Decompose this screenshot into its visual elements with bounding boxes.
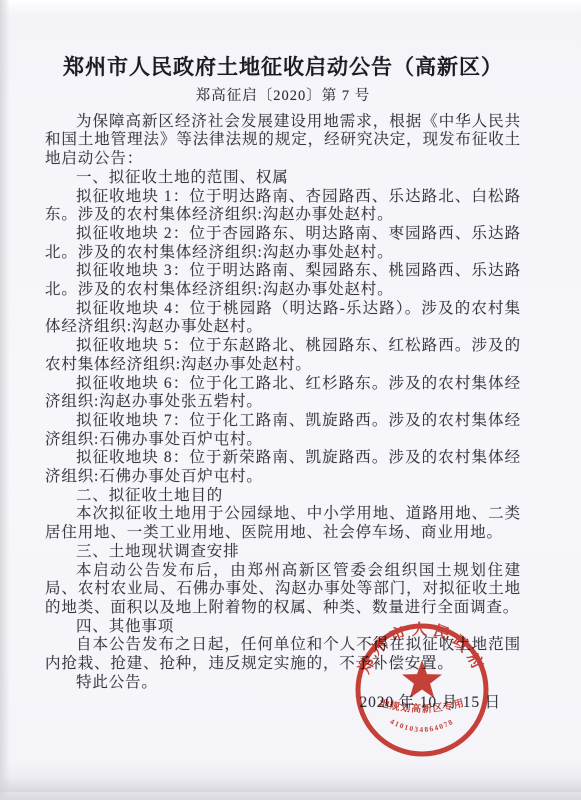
para-intro: 为保障高新区经济社会发展建设用地需求，根据《中华人民共和国土地管理法》等法律法规… [45, 113, 521, 169]
parcel-5: 拟征收地块 5：位于东赵路北、桃园路东、红松路西。涉及的农村集体经济组织:沟赵办… [45, 337, 521, 374]
para-other: 自本公告发布之日起，任何单位和个人不得在拟征收土地范围内抢栽、抢建、抢种，违反规… [45, 636, 521, 673]
section-1-heading: 一、拟征收土地的范围、权属 [45, 169, 521, 188]
seal-serial-number: 4101034864078 [389, 717, 456, 734]
parcel-1: 拟征收地块 1：位于明达路南、杏园路西、乐达路北、白松路东。涉及的农村集体经济组… [45, 188, 521, 225]
para-closing: 特此公告。 [45, 674, 521, 693]
parcel-7: 拟征收地块 7：位于化工路南、凯旋路西。涉及的农村集体经济组织:石佛办事处百炉屯… [45, 412, 521, 449]
parcel-6: 拟征收地块 6：位于化工路北、红杉路东。涉及的农村集体经济组织:沟赵办事处张五砦… [45, 375, 521, 412]
para-purpose: 本次拟征收土地用于公园绿地、中小学用地、道路用地、二类居住用地、一类工业用地、医… [45, 505, 521, 542]
para-survey: 本启动公告发布后，由郑州高新区管委会组织国土规划住建局、农村农业局、石佛办事处、… [45, 562, 521, 618]
parcel-2: 拟征收地块 2：位于杏园路东、明达路南、枣园路西、乐达路北。涉及的农村集体经济组… [45, 225, 521, 262]
section-4-heading: 四、其他事项 [45, 618, 521, 637]
issue-date: 2020 年 10 月 15 日 [45, 694, 521, 713]
section-2-heading: 二、拟征收土地目的 [45, 487, 521, 506]
parcel-4: 拟征收地块 4：位于桃园路（明达路-乐达路）。涉及的农村集体经济组织:沟赵办事处… [45, 300, 521, 337]
page-title: 郑州市人民政府土地征收启动公告（高新区） [45, 54, 521, 80]
parcel-8: 拟征收地块 8：位于新荣路南、凯旋路西。涉及的农村集体经济组织:石佛办事处百炉屯… [45, 449, 521, 486]
document-number: 郑高征启〔2020〕第 7 号 [45, 87, 521, 106]
section-3-heading: 三、土地现状调查安排 [45, 543, 521, 562]
document-photo: 郑州市人民政府土地征收启动公告（高新区） 郑高征启〔2020〕第 7 号 为保障… [0, 0, 581, 800]
parcel-3: 拟征收地块 3：位于明达路南、梨园路东、桃园路西、乐达路北。涉及的农村集体经济组… [45, 262, 521, 299]
announcement-page: 郑州市人民政府土地征收启动公告（高新区） 郑高征启〔2020〕第 7 号 为保障… [45, 54, 521, 712]
